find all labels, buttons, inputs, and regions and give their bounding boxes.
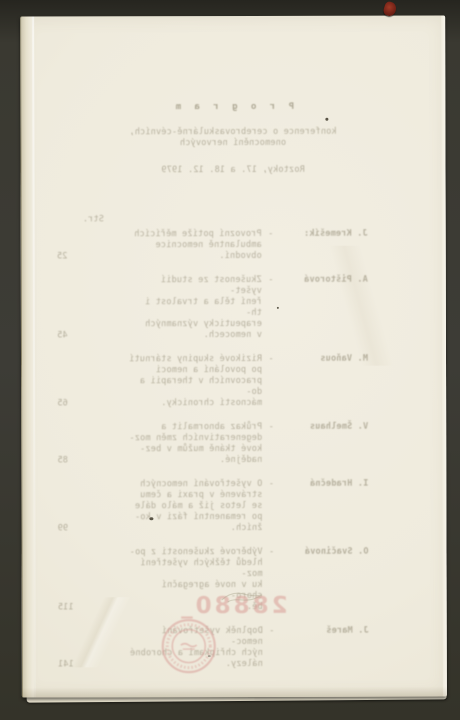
program-subtitle: konference o cerebrovaskulárně-cévních, … — [20, 126, 445, 149]
talk-description: Zkušenost ze studií vyšet-ření těla a tr… — [126, 275, 262, 341]
document-page: P r o g r a m konference o cerebrovaskul… — [20, 15, 447, 697]
talk-description: Průkaz abnormalit adegenerativních změn … — [126, 422, 262, 466]
pencil-squiggle — [220, 588, 264, 608]
entry-dash: - — [262, 422, 280, 433]
entry-dash: - — [263, 626, 281, 637]
program-entry: V. Šmelhaus - Průkaz abnormalit adegener… — [21, 421, 446, 466]
page-number: 115 — [58, 602, 74, 613]
speaker-name: I. Hradečná — [280, 479, 368, 490]
subtitle-line-2: onemocnění nervových — [20, 137, 445, 149]
talk-description: Provozní potíže měřícíchambulantně nemoc… — [126, 229, 262, 262]
program-entry: J. Kremešík: - Provozní potíže měřícícha… — [21, 228, 446, 262]
program-entry: A. Pištorová - Zkušenost ze studií vyšet… — [21, 274, 446, 341]
talk-description: O vyšetřování nemocnýchstrávené v praxi … — [126, 479, 262, 534]
round-seal-stamp — [160, 617, 218, 675]
talk-description: Rizikové skupiny stárnutípo povolání a n… — [126, 354, 262, 409]
paper-speck — [149, 517, 153, 520]
speaker-name: V. Šmelhaus — [280, 422, 368, 433]
paper-speck — [208, 655, 211, 657]
accession-number-stamp: 28880_ — [148, 593, 288, 619]
entry-dash: - — [262, 547, 280, 558]
page-number: 85 — [57, 455, 68, 466]
date-line: Roztoky, 17. a 18. 12. 1979 — [20, 164, 445, 176]
page-number: 99 — [57, 523, 68, 534]
entry-dash: - — [262, 479, 280, 490]
speaker-name: A. Pištorová — [280, 275, 368, 286]
scanned-page-photo: P r o g r a m konference o cerebrovaskul… — [0, 0, 460, 720]
speaker-name: J. Mareš — [281, 626, 369, 637]
program-entry: I. Hradečná - O vyšetřování nemocnýchstr… — [21, 478, 446, 534]
page-number: 65 — [57, 398, 68, 409]
program-entry: J. Mareš - Doplněk vyšetřování nemoc-nýc… — [22, 625, 447, 670]
page-column-header: Str. — [21, 213, 446, 225]
page-bottom-shadow — [22, 686, 447, 697]
speaker-name: O. Svačinová — [280, 547, 368, 558]
entry-dash: - — [262, 275, 280, 286]
entry-dash: - — [262, 354, 280, 365]
paper-speck — [277, 307, 279, 309]
page-number: 45 — [57, 330, 68, 341]
program-title: P r o g r a m — [20, 101, 445, 113]
program-entry: M. Vaňous - Rizikové skupiny stárnutípo … — [21, 353, 446, 409]
page-number: 25 — [57, 251, 68, 262]
speaker-name: M. Vaňous — [280, 354, 368, 365]
page-number: 141 — [58, 659, 74, 670]
paper-speck — [325, 118, 328, 121]
entry-dash: - — [262, 229, 280, 240]
speaker-name: J. Kremešík: — [280, 229, 368, 240]
